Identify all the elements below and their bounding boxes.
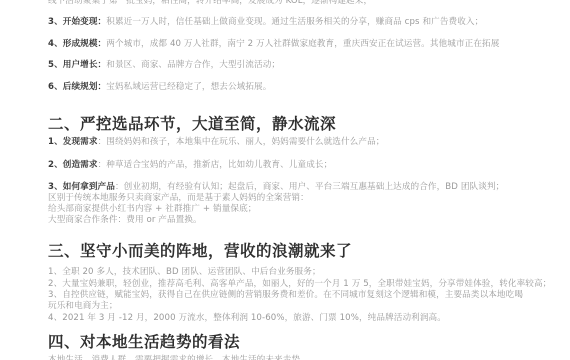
list-item: 3、自控供应链，赋能宝妈，获得自己在供应链侧的营销服务费和差价。在不同城市复刻这… <box>48 290 523 301</box>
item-text: 和景区、商家、品牌方合作，大型引流活动； <box>106 60 280 70</box>
list-item: 1、发现需求：围绕妈妈和孩子，本地集中在玩乐、丽人，妈妈需要什么就选什么产品； <box>48 137 384 148</box>
list-item: 1、全职 20 多人，技术团队、BD 团队、运营团队、中后台业务服务； <box>48 267 321 278</box>
list-item: 2、创造需求：种草适合宝妈的产品，推新店，比如幼儿教育、儿童成长； <box>48 160 332 171</box>
item-text: 积累近一万人时，信任基础上做商业变现。通过生活服务相关的分享，赚商品 cps 和… <box>106 17 483 27</box>
continuation-line: 玩乐和电商为主； <box>48 301 118 312</box>
item-text: 两个城市，成都 40 万人社群，南宁 2 万人社群做家庭教育，重庆西安正在试运营… <box>106 39 499 49</box>
continuation-line: 给头部商家提供小红书内容 + 社群推广 + 销量保底； <box>48 204 257 215</box>
section-heading: 四、对本地生活趋势的看法 <box>48 332 240 352</box>
continuation-line: 区别于传统本地服务只卖商家产品，而是基于素人妈妈的全案营销： <box>48 193 309 204</box>
continuation-line: 大型商家合作条件：费用 or 产品置换。 <box>48 215 202 226</box>
section-heading: 三、坚守小而美的阵地，营收的浪潮就来了 <box>48 241 352 261</box>
item-text: 宝妈私域运营已经稳定了，想去公域拓展。 <box>106 82 271 92</box>
item-label: 6、后续规划： <box>48 82 106 92</box>
item-label: 5、用户增长： <box>48 60 106 70</box>
list-item: 4、形成规模：两个城市，成都 40 万人社群，南宁 2 万人社群做家庭教育，重庆… <box>48 39 499 50</box>
item-label: 2、创造需求 <box>48 160 98 170</box>
section-heading: 二、严控选品环节，大道至简，静水流深 <box>48 114 336 134</box>
item-label: 3、开始变现： <box>48 17 106 27</box>
list-item: 3、如何拿到产品：创业初期，有经验有认知；起盘后，商家、用户、平台三端互惠基础上… <box>48 182 504 193</box>
list-item: 6、后续规划：宝妈私域运营已经稳定了，想去公域拓展。 <box>48 82 271 93</box>
item-label: 4、形成规模： <box>48 39 106 49</box>
list-item: 5、用户增长：和景区、商家、品牌方合作，大型引流活动； <box>48 60 280 71</box>
partial-bottom-line: 本地生活，消费人群，需要把握需求的增长，本地生活的未来走势 <box>48 355 300 360</box>
item-text: ：种草适合宝妈的产品，推新店，比如幼儿教育、儿童成长； <box>98 160 333 170</box>
item-label: 3、如何拿到产品 <box>48 182 115 192</box>
list-item: 2、大量宝妈兼职，轻创业，推荐高毛利、高客单产品，如丽人，好的一个月 1 万 5… <box>48 279 551 290</box>
list-item: 4、2021 年 3 月 -12 月，2000 万流水，整体利润 10-60%，… <box>48 313 446 324</box>
list-item: 3、开始变现：积累近一万人时，信任基础上做商业变现。通过生活服务相关的分享，赚商… <box>48 17 483 28</box>
item-text: ：围绕妈妈和孩子，本地集中在玩乐、丽人，妈妈需要什么就选什么产品； <box>98 137 385 147</box>
item-label: 1、发现需求 <box>48 137 98 147</box>
partial-top-line: 线下活动聚集了第一批宝妈，粘性高，转介绍率高，发展成为 KOL，逐渐构建起来， <box>48 0 372 7</box>
item-text: ：创业初期，有经验有认知；起盘后，商家、用户、平台三端互惠基础上达成的合作，BD… <box>115 182 504 192</box>
